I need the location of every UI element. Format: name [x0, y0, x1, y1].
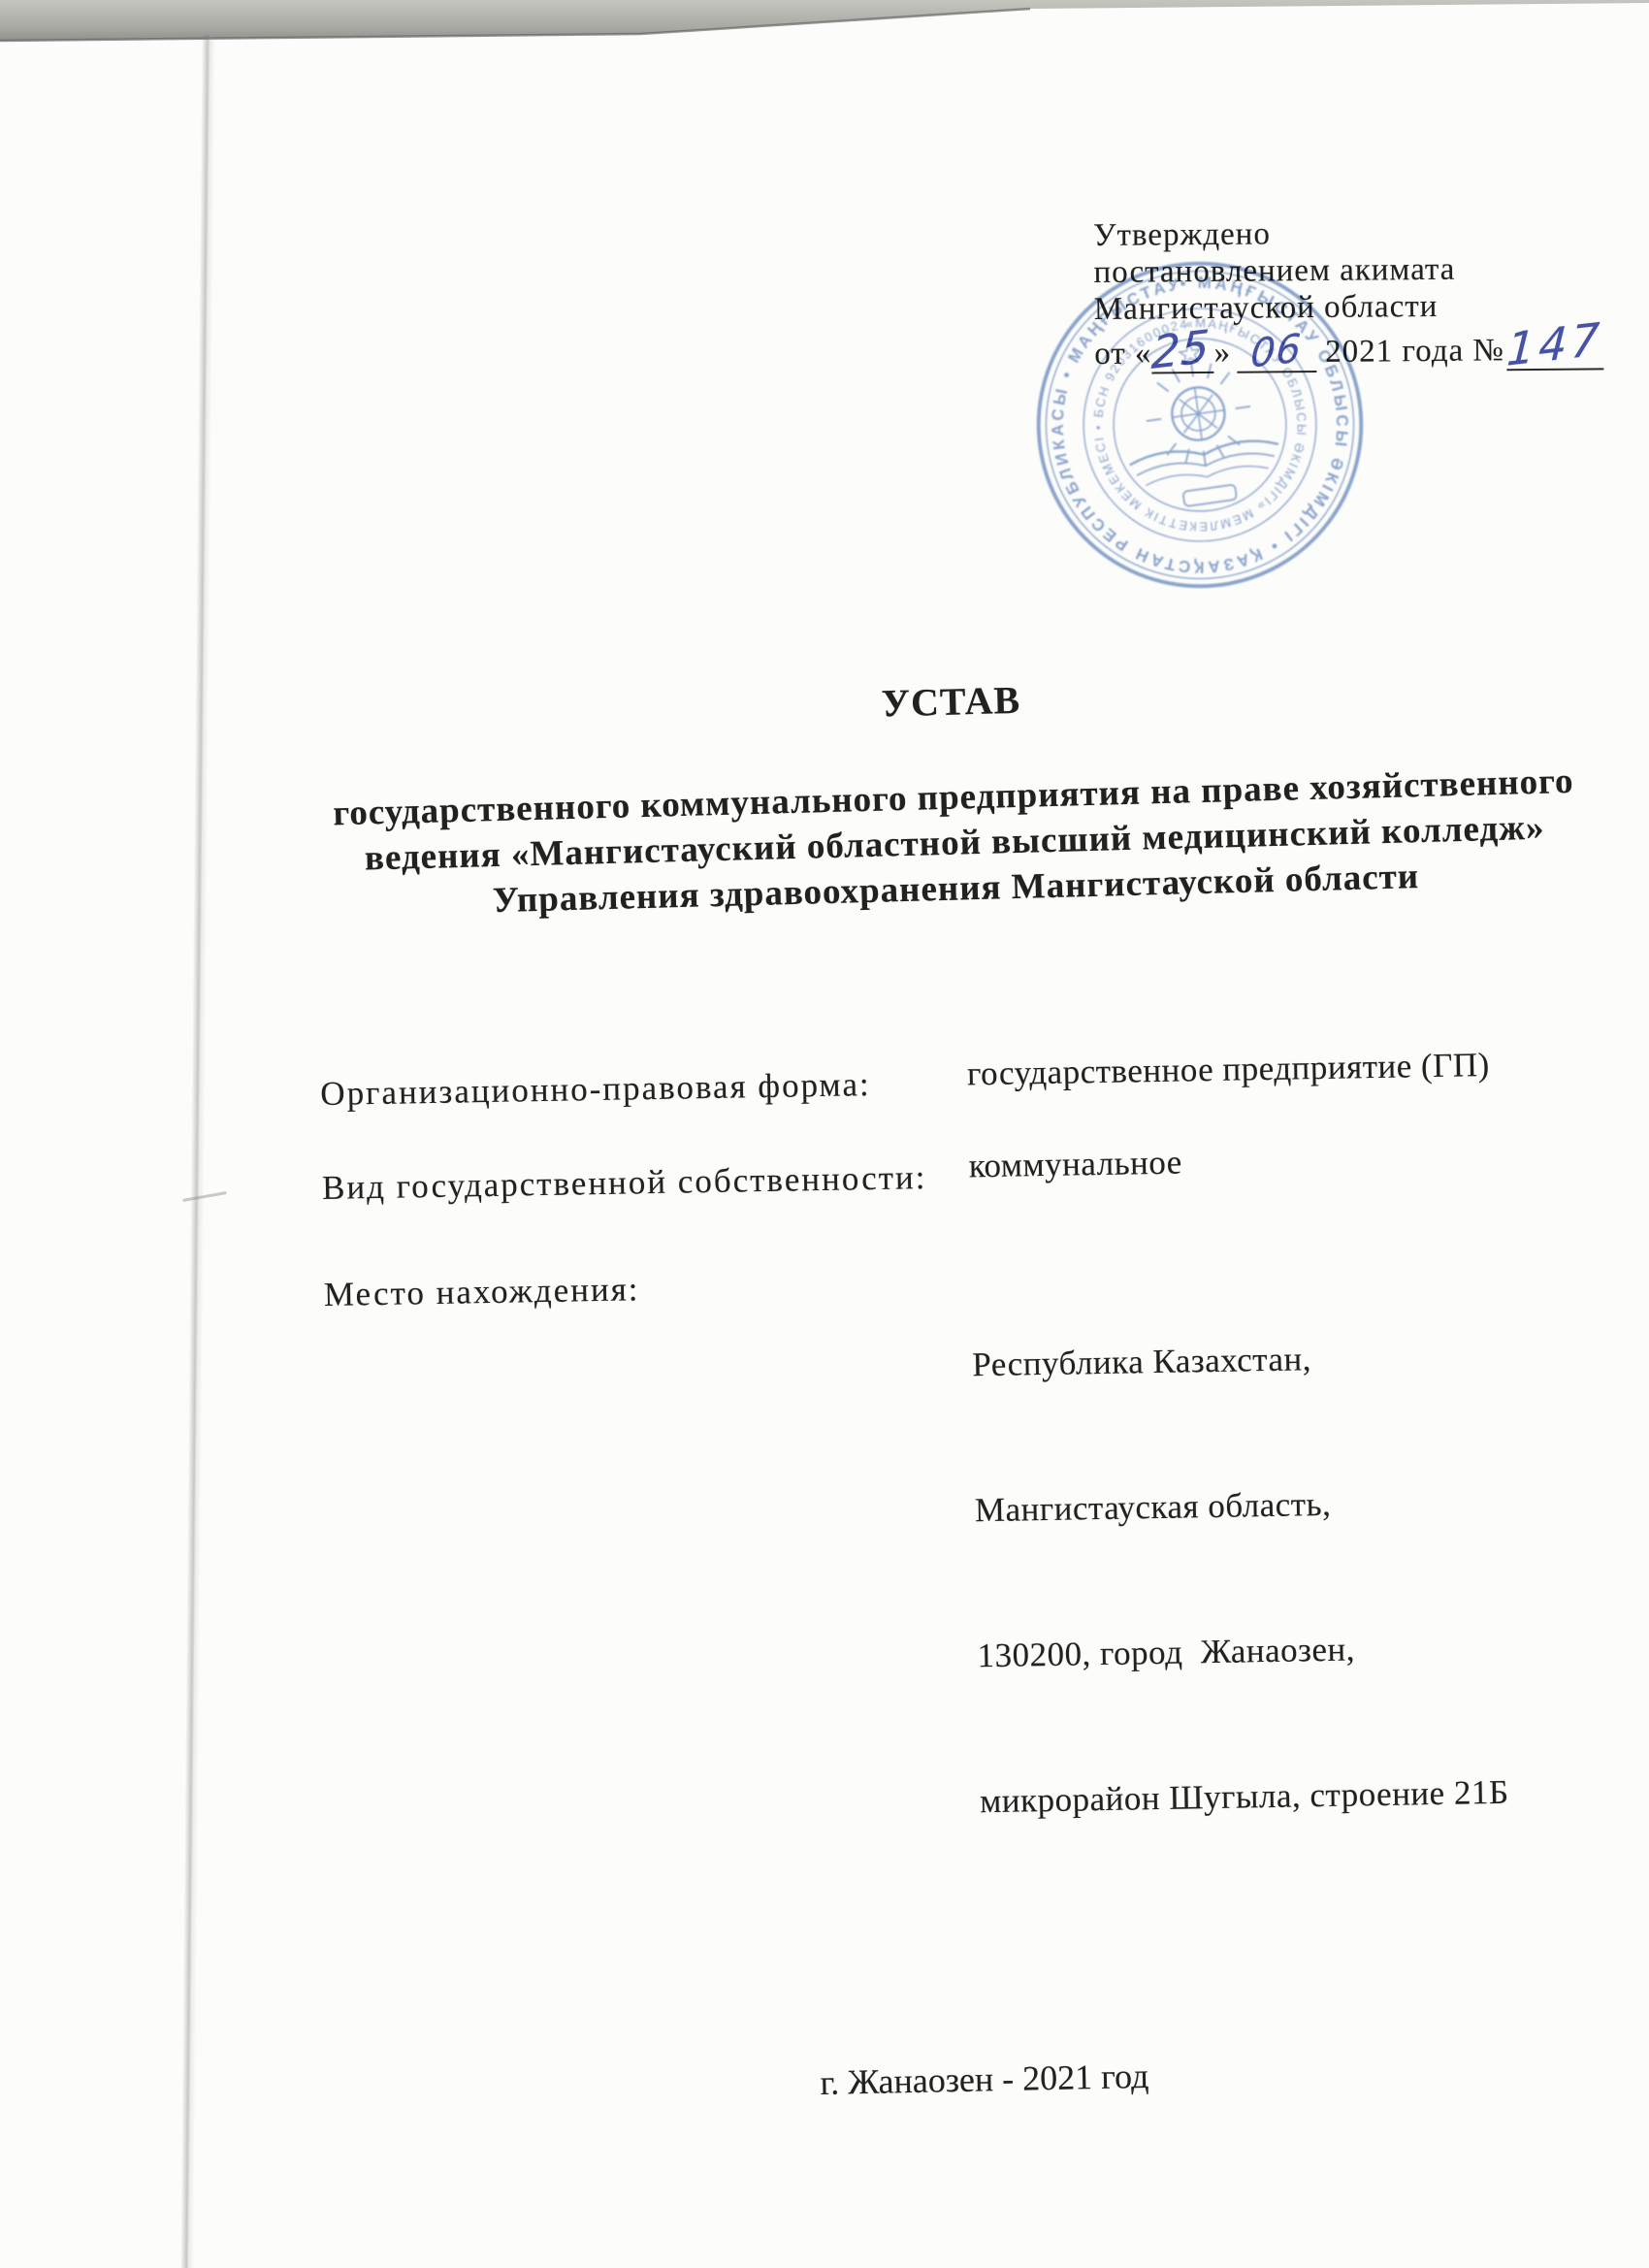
- field-value-legal-form: государственное предприятие (ГП): [967, 1046, 1490, 1093]
- location-line-2: Мангистауская область,: [975, 1477, 1504, 1536]
- location-line-3: 130200, город Жанаозен,: [977, 1623, 1506, 1681]
- page-fold-line: [180, 35, 215, 2268]
- approval-line-1: Утверждено: [1093, 212, 1636, 254]
- field-label-ownership-type: Вид государственной собственности:: [322, 1158, 927, 1208]
- field-label-location: Место нахождения:: [324, 1270, 640, 1314]
- footer-city-year: г. Жанаозен - 2021 год: [820, 2056, 1149, 2103]
- handwritten-number: 147: [1505, 320, 1604, 369]
- location-line-1: Республика Казахстан,: [972, 1332, 1502, 1390]
- scanner-edge-shadow: [0, 0, 1649, 50]
- crease-mark: [182, 1191, 227, 1202]
- official-seal-stamp: • МАҢҒЫСТАУ ОБЛЫСЫ ӘКІМДІГІ • ҚАЗАҚСТАН …: [1003, 234, 1398, 617]
- fields-block: Организационно-правовая форма: государст…: [320, 1053, 1600, 1075]
- paper-page: Утверждено постановлением акимата Мангис…: [0, 0, 1649, 2268]
- field-value-ownership-type: коммунальное: [968, 1144, 1182, 1186]
- field-label-legal-form: Организационно-правовая форма:: [320, 1065, 871, 1114]
- document-subtitle: государственного коммунального предприят…: [275, 757, 1635, 929]
- scanned-document-page: { "approval": { "line1": "Утверждено", "…: [0, 0, 1649, 2268]
- field-value-location: Республика Казахстан, Мангистауская обла…: [970, 1235, 1511, 1923]
- location-line-4: микрорайон Шугыла, строение 21Б: [980, 1768, 1509, 1827]
- number-underline: 147: [1506, 325, 1603, 371]
- document-title: УСТАВ: [272, 661, 1631, 742]
- title-block: УСТАВ государственного коммунального пре…: [272, 661, 1635, 929]
